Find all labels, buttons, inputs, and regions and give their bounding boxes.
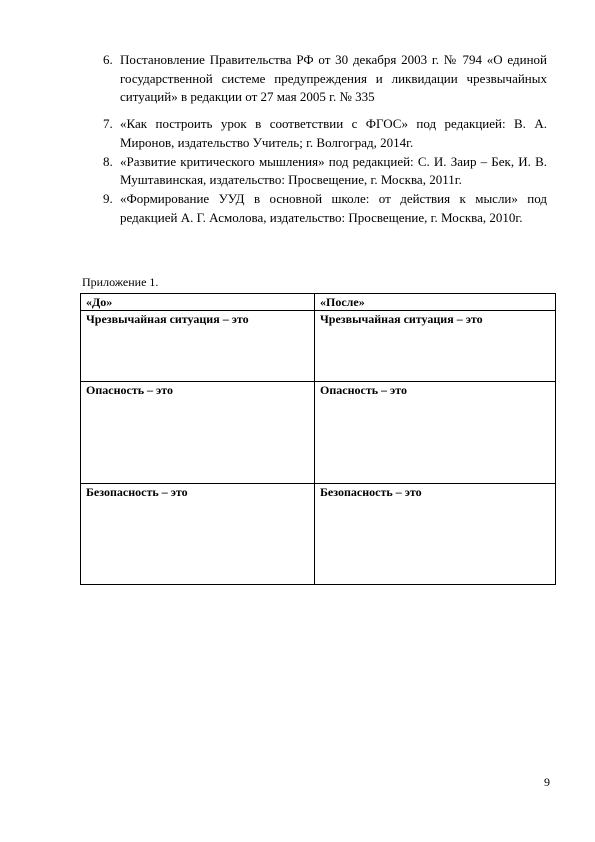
reference-item: 8. «Развитие критического мышления» под … [103,153,547,190]
table-header-after: «После» [315,294,556,311]
table-cell-emergency-after: Чрезвычайная ситуация – это [315,311,556,382]
table-row: Безопасность – это Безопасность – это [81,484,556,585]
table-cell-safety-after: Безопасность – это [315,484,556,585]
table-cell-emergency-before: Чрезвычайная ситуация – это [81,311,315,382]
page-number: 9 [544,774,550,790]
appendix-label: Приложение 1. [82,275,158,289]
document-page: 6. Постановление Правительства РФ от 30 … [0,0,595,842]
table-cell-safety-before: Безопасность – это [81,484,315,585]
table-row: Чрезвычайная ситуация – это Чрезвычайная… [81,311,556,382]
reference-number: 9. [103,190,120,209]
table-cell-danger-after: Опасность – это [315,382,556,484]
table-cell-danger-before: Опасность – это [81,382,315,484]
reference-item: 6. Постановление Правительства РФ от 30 … [103,51,547,107]
reference-text: «Формирование УУД в основной школе: от д… [120,190,547,227]
reference-list: 6. Постановление Правительства РФ от 30 … [103,51,547,227]
reference-item: 9. «Формирование УУД в основной школе: о… [103,190,547,227]
table-header-row: «До» «После» [81,294,556,311]
reference-text: «Развитие критического мышления» под ред… [120,153,547,190]
reference-text: Постановление Правительства РФ от 30 дек… [120,51,547,107]
before-after-table: «До» «После» Чрезвычайная ситуация – это… [80,293,556,585]
reference-text: «Как построить урок в соответствии с ФГО… [120,115,547,152]
reference-number: 6. [103,51,120,70]
reference-item: 7. «Как построить урок в соответствии с … [103,115,547,152]
table-header-before: «До» [81,294,315,311]
reference-number: 7. [103,115,120,134]
table-row: Опасность – это Опасность – это [81,382,556,484]
reference-number: 8. [103,153,120,172]
